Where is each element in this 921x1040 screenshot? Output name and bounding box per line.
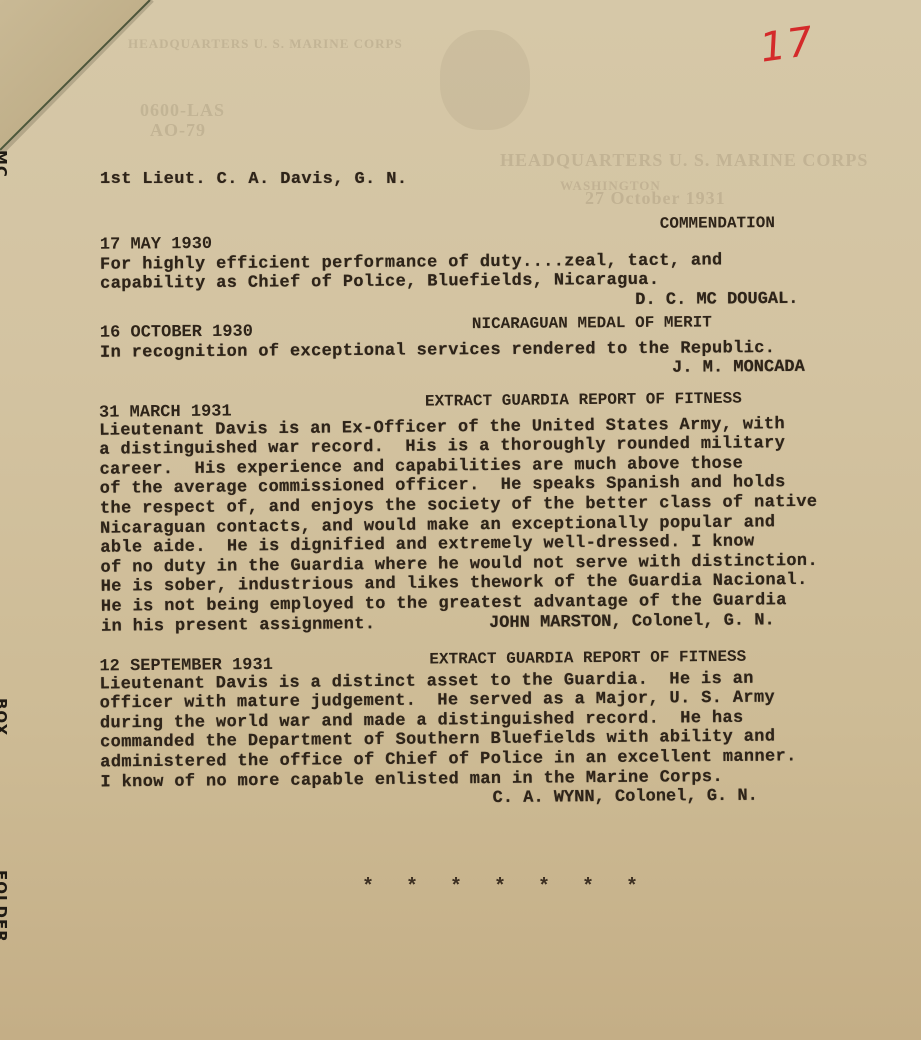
ghost-seal-watermark [440, 30, 530, 130]
entry-date: 31 MARCH 1931 [99, 402, 232, 422]
entry-medal-of-merit: 16 OCTOBER 1930 NICARAGUAN MEDAL OF MERI… [100, 312, 880, 382]
ghost-line: HEADQUARTERS U. S. MARINE CORPS [500, 150, 868, 171]
asterisk: * [582, 876, 626, 899]
asterisk: * [538, 876, 582, 899]
margin-label-box: BOX [0, 698, 10, 736]
asterisk: * [626, 876, 670, 899]
asterisk: * [450, 876, 494, 899]
entry-signer: JOHN MARSTON, Colonel, G. N. [489, 611, 775, 633]
margin-label-top: MC [0, 150, 10, 178]
entry-date: 12 SEPTEMBER 1931 [99, 656, 273, 677]
entry-title: EXTRACT GUARDIA REPORT OF FITNESS [429, 648, 746, 669]
asterisk: * [362, 876, 406, 899]
handwritten-page-number: 17 [757, 18, 818, 71]
ghost-code: 0600-LAS [140, 100, 225, 121]
entry-title: NICARAGUAN MEDAL OF MERIT [472, 313, 712, 333]
asterisk: * [406, 876, 450, 899]
entry-title: EXTRACT GUARDIA REPORT OF FITNESS [425, 390, 742, 411]
entry-fitness-report-1931-03: 31 MARCH 1931 EXTRACT GUARDIA REPORT OF … [99, 388, 881, 637]
ghost-code: AO-79 [150, 120, 206, 141]
entry-title: COMMENDATION [660, 214, 775, 233]
entry-fitness-report-1931-09: 12 SEPTEMBER 1931 EXTRACT GUARDIA REPORT… [99, 647, 880, 813]
section-separator: * * * * * * * [362, 876, 670, 899]
asterisk: * [494, 876, 538, 899]
entry-date: 16 OCTOBER 1930 [100, 323, 253, 343]
margin-label-folder: FOLDER [0, 870, 10, 943]
entry-text-line: in his present assignment. [101, 615, 376, 637]
addressee: 1st Lieut. C. A. Davis, G. N. [100, 170, 407, 190]
ghost-date: 27 October 1931 [585, 188, 726, 209]
entry-date: 17 MAY 1930 [100, 235, 212, 255]
ghost-line: HEADQUARTERS U. S. MARINE CORPS [128, 36, 403, 52]
entry-commendation: COMMENDATION 17 MAY 1930 For highly effi… [100, 216, 881, 314]
document-page: HEADQUARTERS U. S. MARINE CORPS 0600-LAS… [0, 0, 921, 1040]
